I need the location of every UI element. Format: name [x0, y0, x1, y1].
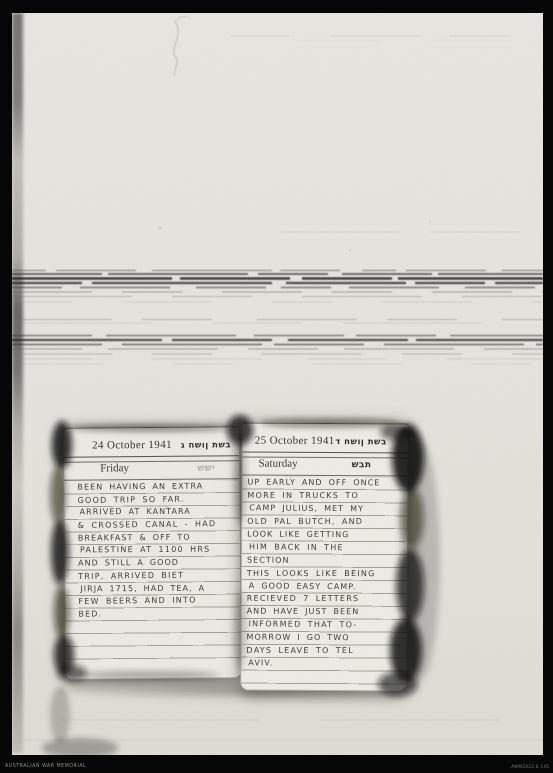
diary-handwritten-line: RECIEVED 7 LETTERS	[247, 593, 405, 606]
ruled-lines-left: BEEN HAVING AN EXTRAGOOD TRIP SO FAR.ARR…	[64, 480, 241, 660]
date-right: 25 October 1941	[255, 435, 335, 447]
diary-page-left: 24 October 1941 ג חשון תשב Friday ששי BE…	[63, 426, 242, 680]
diary-handwritten-line: THIS LOOKS LIKE BEING	[247, 567, 405, 580]
diary-page-right: 25 October 1941 ד חשון תשב Saturday שבת …	[240, 422, 409, 691]
diary-handwritten-line: BED.	[78, 607, 238, 621]
diary-handwritten-line: OLD PAL BUTCH, AND	[247, 516, 405, 529]
date-header: 24 October 1941 ג חשון תשב	[92, 438, 231, 451]
date-header: 25 October 1941 ד חשון תשב	[255, 435, 387, 448]
hebrew-day-right: שבת	[352, 460, 372, 470]
hebrew-date-left: ג חשון תשב	[181, 440, 231, 450]
diary-handwritten-line: LOOK LIKE GETTING	[247, 528, 405, 542]
hebrew-date-right: ד חשון תשב	[335, 437, 387, 447]
diary-handwritten-line: SECTION	[247, 554, 405, 568]
handwriting-left: BEEN HAVING AN EXTRAGOOD TRIP SO FAR.ARR…	[77, 480, 238, 621]
day-header: Friday ששי	[100, 461, 215, 474]
diary-handwritten-line: PALESTINE AT 1100 HRS	[80, 544, 238, 558]
diary-handwritten-line: HIM BACK IN THE	[249, 541, 405, 555]
diary-handwritten-line: FEW BEERS AND INTO	[78, 594, 238, 609]
handwriting-right: UP EARLY AND OFF ONCEMORE IN TRUCKS TOCA…	[246, 477, 405, 672]
awm-watermark: AUSTRALIAN WAR MEMORIAL	[5, 763, 86, 768]
diary-handwritten-line: AVIV.	[248, 657, 404, 671]
awm-item-id: AWM2022.8.145	[511, 764, 549, 769]
date-left: 24 October 1941	[92, 439, 172, 452]
archival-scan: 24 October 1941 ג חשון תשב Friday ששי BE…	[0, 0, 553, 773]
diary-handwritten-line: MORE IN TRUCKS TO	[247, 490, 405, 503]
diary-handwritten-line: MORROW I GO TWO	[246, 632, 404, 646]
diary-handwritten-line: & CROSSED CANAL - HAD	[78, 518, 238, 533]
diary-handwritten-line: TRIP, ARRIVED BIET	[78, 569, 238, 584]
hebrew-day-left: ששי	[197, 463, 215, 473]
day-right: Saturday	[259, 458, 298, 470]
diary-handwritten-line: UP EARLY AND OFF ONCE	[247, 477, 405, 491]
diary-handwritten-line: DAYS LEAVE TO TEL	[246, 645, 404, 658]
day-header: Saturday שבת	[259, 458, 372, 471]
ruled-lines-right: UP EARLY AND OFF ONCEMORE IN TRUCKS TOCA…	[241, 476, 407, 685]
diary-handwritten-line: INFORMED THAT TO-	[249, 619, 405, 633]
diary-handwritten-line: CAMP JULIUS, MET MY	[249, 502, 405, 516]
day-left: Friday	[100, 462, 129, 474]
photocopy-edge-smudge	[12, 13, 23, 753]
